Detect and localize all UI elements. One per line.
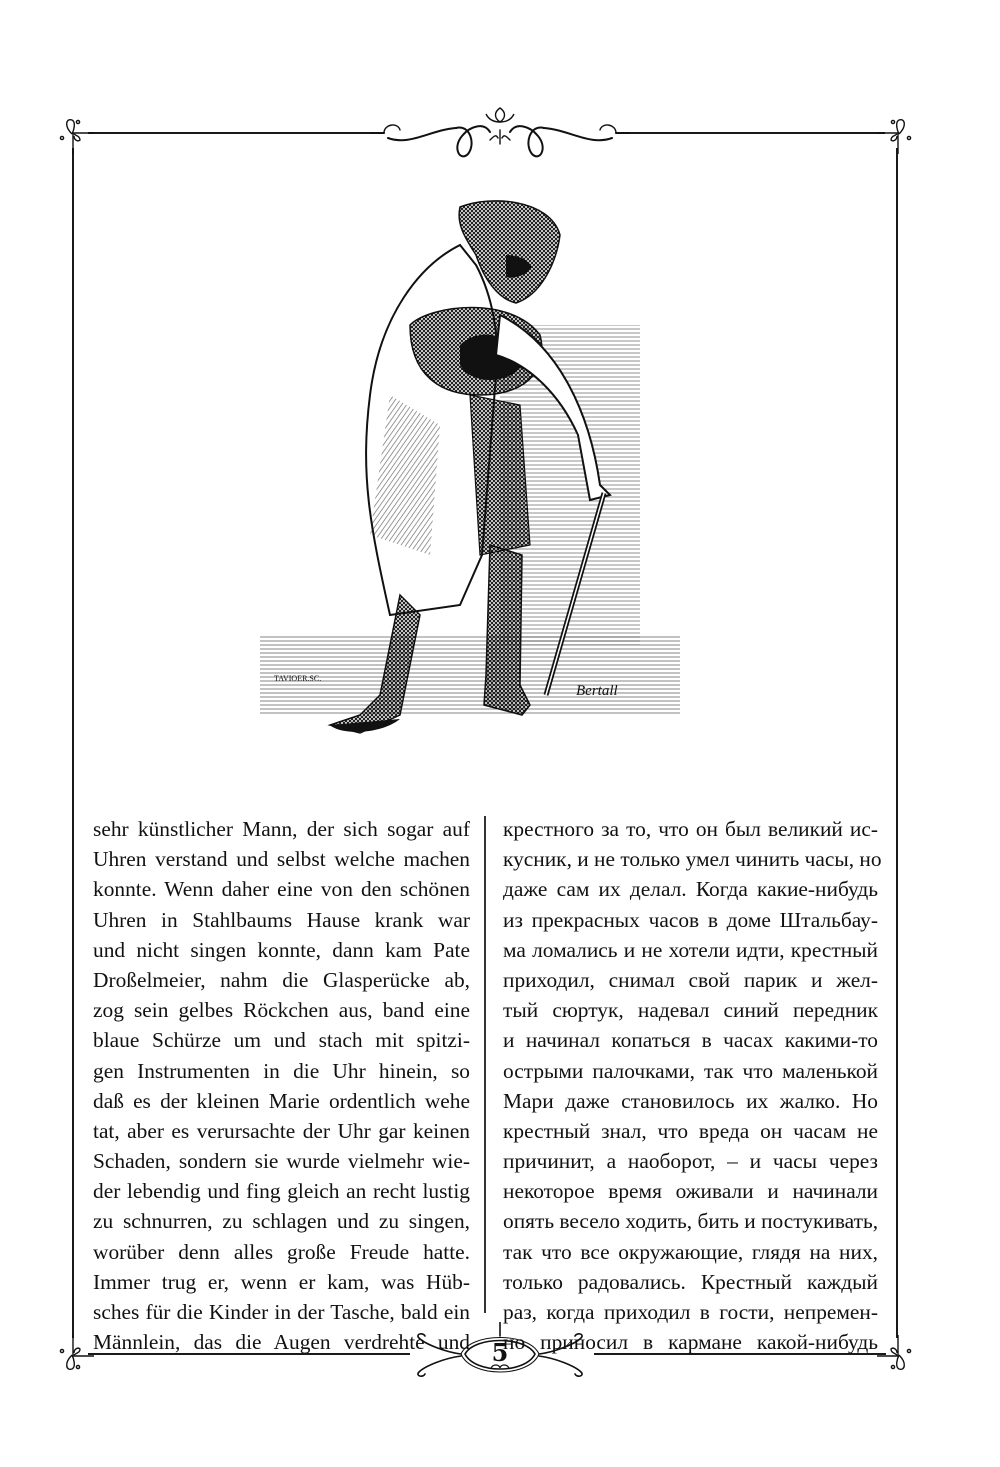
- text-line: даже сам их делал. Когда какие-нибудь: [503, 874, 878, 904]
- text-line: и начинал копаться в часах какими-то: [503, 1025, 878, 1055]
- top-scroll-ornament-icon: [370, 100, 630, 170]
- text-line: крестный знал, что вреда он часам не: [503, 1116, 878, 1146]
- text-line: zu schnurren, zu schlagen und zu singen,: [93, 1206, 470, 1236]
- artist-signature: Bertall: [576, 683, 618, 699]
- frame-top-line-left: [88, 132, 384, 134]
- text-line: worüber denn alles große Freude hatte.: [93, 1237, 470, 1267]
- german-text-column: sehr künstlicher Mann, der sich sogar au…: [93, 814, 470, 1357]
- text-line: Uhren in Stahlbaums Hause krank war: [93, 905, 470, 935]
- text-line: sehr künstlicher Mann, der sich sogar au…: [93, 814, 470, 844]
- text-line: und nicht singen konnte, dann kam Pate: [93, 935, 470, 965]
- corner-ornament-bottom-right-icon: [877, 1335, 917, 1375]
- text-line: der lebendig und fing gleich an recht lu…: [93, 1176, 470, 1206]
- text-line: gen Instrumenten in die Uhr hinein, so: [93, 1056, 470, 1086]
- text-line: опять весело ходить, бить и постукивать,: [503, 1206, 878, 1236]
- text-line: Droßelmeier, nahm die Glasperücke ab,: [93, 965, 470, 995]
- text-line: Schaden, sondern sie wurde vielmehr wie-: [93, 1146, 470, 1176]
- engraver-mark: TAVIOER.SC.: [274, 674, 321, 683]
- page-number: 5: [470, 1338, 530, 1367]
- text-line: причинит, а наоборот, – и часы через: [503, 1146, 878, 1176]
- text-line: blaue Schürze um und stach mit spitzi-: [93, 1025, 470, 1055]
- corner-ornament-bottom-left-icon: [54, 1335, 94, 1375]
- corner-ornament-top-right-icon: [877, 114, 917, 154]
- frame-right-line: [896, 148, 898, 1338]
- text-line: так что все окружающие, глядя на них,: [503, 1237, 878, 1267]
- text-line: zog sein gelbes Röckchen aus, band eine: [93, 995, 470, 1025]
- corner-ornament-top-left-icon: [54, 114, 94, 154]
- frame-top-line-right: [617, 132, 885, 134]
- frame-left-line: [72, 148, 74, 1338]
- russian-text-column: крестного за то, что он был великий ис-к…: [503, 814, 878, 1357]
- text-line: крестного за то, что он был великий ис-: [503, 814, 878, 844]
- column-divider: [484, 816, 486, 1313]
- text-line: Мари даже становилось их жалко. Но: [503, 1086, 878, 1116]
- text-line: konnte. Wenn daher eine von den schönen: [93, 874, 470, 904]
- text-line: ма ломались и не хотели идти, крестный: [503, 935, 878, 965]
- text-line: Uhren verstand und selbst welche machen: [93, 844, 470, 874]
- text-line: тый сюртук, надевал синий передник: [503, 995, 878, 1025]
- text-line: кусник, и не только умел чинить часы, но: [503, 844, 878, 874]
- text-line: некоторое время оживали и начинали: [503, 1176, 878, 1206]
- text-line: приходил, снимал свой парик и жел-: [503, 965, 878, 995]
- text-line: только радовались. Крестный каждый: [503, 1267, 878, 1297]
- illustration-old-man-with-cane: TAVIOER.SC. Bertall: [260, 195, 740, 755]
- text-line: daß es der kleinen Marie ordentlich wehe: [93, 1086, 470, 1116]
- text-line: Immer trug er, wenn er kam, was Hüb-: [93, 1267, 470, 1297]
- text-line: острыми палочками, так что маленькой: [503, 1056, 878, 1086]
- text-line: tat, aber es verursachte der Uhr gar kei…: [93, 1116, 470, 1146]
- text-line: из прекрасных часов в доме Штальбау-: [503, 905, 878, 935]
